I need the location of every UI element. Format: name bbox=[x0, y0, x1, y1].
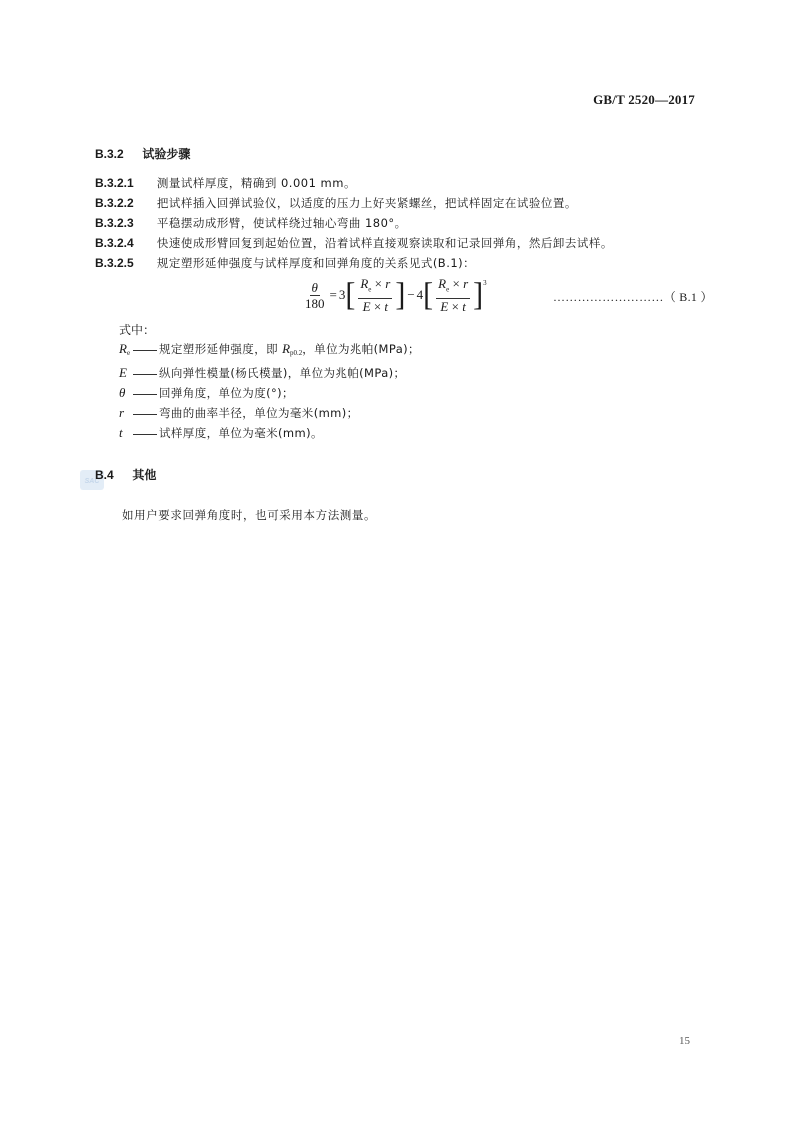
definition-text: 试样厚度，单位为毫米(mm)。 bbox=[159, 426, 323, 440]
em-dash bbox=[133, 374, 157, 375]
equals-sign: = bbox=[330, 287, 337, 303]
right-bracket: ] bbox=[395, 279, 405, 312]
inner-fraction-1: Re × r E × t bbox=[358, 276, 392, 314]
ref-subscript: p0.2 bbox=[290, 349, 302, 357]
section-title: 试验步骤 bbox=[142, 147, 190, 161]
step-text: 平稳摆动成形臂，使试样绕过轴心弯曲 180°。 bbox=[157, 216, 407, 230]
em-dash bbox=[133, 414, 157, 415]
definition-list: Re规定塑形延伸强度，即 Rp0.2，单位为兆帕(MPa)； E纵向弹性模量(杨… bbox=[119, 339, 420, 443]
exponent: 3 bbox=[483, 279, 487, 287]
step-number: B.3.2.5 bbox=[95, 254, 153, 272]
definition-symbol: θ bbox=[119, 383, 133, 403]
definition-text: 纵向弹性模量(杨氏模量)，单位为兆帕(MPa)； bbox=[159, 366, 405, 380]
ref-symbol: R bbox=[282, 341, 290, 356]
definition-text: 回弹角度，单位为度(°)； bbox=[159, 386, 294, 400]
em-dash bbox=[133, 394, 157, 395]
page-number: 15 bbox=[679, 1035, 690, 1047]
right-bracket: ] bbox=[473, 279, 483, 312]
definition-item: θ回弹角度，单位为度(°)； bbox=[119, 383, 420, 403]
definition-symbol: Re bbox=[119, 339, 133, 363]
section-number: B.4 bbox=[95, 468, 129, 482]
definition-text: 弯曲的曲率半径，单位为毫米(mm)； bbox=[159, 406, 359, 420]
section-heading-b4: B.4 其他 bbox=[95, 466, 156, 483]
section-b4-paragraph: 如用户要求回弹角度时，也可采用本方法测量。 bbox=[122, 507, 376, 523]
step-number: B.3.2.1 bbox=[95, 174, 153, 192]
inner-denominator: E × t bbox=[361, 299, 390, 314]
where-label: 式中： bbox=[119, 321, 155, 338]
step-text: 快速使成形臂回复到起始位置，沿着试样直接观察读取和记录回弹角，然后卸去试样。 bbox=[157, 236, 613, 250]
step-number: B.3.2.2 bbox=[95, 194, 153, 212]
definition-item: Re规定塑形延伸强度，即 Rp0.2，单位为兆帕(MPa)； bbox=[119, 339, 420, 363]
inner-numerator: Re × r bbox=[358, 276, 392, 299]
step-item: B.3.2.3 平稳摆动成形臂，使试样绕过轴心弯曲 180°。 bbox=[95, 214, 407, 232]
step-number: B.3.2.4 bbox=[95, 234, 153, 252]
inner-denominator: E × t bbox=[438, 299, 467, 314]
section-title: 其他 bbox=[132, 468, 156, 482]
definition-item: t试样厚度，单位为毫米(mm)。 bbox=[119, 423, 420, 443]
definition-item: E纵向弹性模量(杨氏模量)，单位为兆帕(MPa)； bbox=[119, 363, 420, 383]
definition-text: ，单位为兆帕(MPa)； bbox=[302, 342, 420, 356]
step-item: B.3.2.1 测量试样厚度，精确到 0.001 mm。 bbox=[95, 174, 356, 192]
lhs-denominator: 180 bbox=[303, 296, 327, 311]
formula-b1: θ 180 = 3 [ Re × r E × t ] − 4 [ Re × r … bbox=[300, 278, 487, 312]
step-number: B.3.2.3 bbox=[95, 214, 153, 232]
minus-sign: − bbox=[407, 287, 414, 303]
step-item: B.3.2.5 规定塑形延伸强度与试样厚度和回弹角度的关系见式(B.1)： bbox=[95, 254, 475, 272]
step-text: 把试样插入回弹试验仪，以适度的压力上好夹紧螺丝，把试样固定在试验位置。 bbox=[157, 196, 577, 210]
section-heading-b32: B.3.2 试验步骤 bbox=[95, 145, 190, 162]
definition-symbol: t bbox=[119, 423, 133, 443]
standard-code-text: GB/T 2520—2017 bbox=[593, 92, 695, 107]
lhs-fraction: θ 180 bbox=[303, 280, 327, 311]
section-number: B.3.2 bbox=[95, 147, 139, 161]
left-bracket: [ bbox=[423, 279, 433, 312]
definition-item: r弯曲的曲率半径，单位为毫米(mm)； bbox=[119, 403, 420, 423]
definition-text: 规定塑形延伸强度，即 bbox=[159, 342, 282, 356]
inner-fraction-2: Re × r E × t bbox=[436, 276, 470, 314]
em-dash bbox=[133, 434, 157, 435]
step-item: B.3.2.4 快速使成形臂回复到起始位置，沿着试样直接观察读取和记录回弹角，然… bbox=[95, 234, 613, 252]
definition-symbol: E bbox=[119, 363, 133, 383]
equation-label: ………………………（ B.1 ） bbox=[553, 288, 713, 305]
step-text: 规定塑形延伸强度与试样厚度和回弹角度的关系见式(B.1)： bbox=[157, 256, 475, 270]
step-item: B.3.2.2 把试样插入回弹试验仪，以适度的压力上好夹紧螺丝，把试样固定在试验… bbox=[95, 194, 577, 212]
page-header-standard-code: GB/T 2520—2017 bbox=[593, 92, 695, 108]
em-dash bbox=[133, 350, 157, 351]
step-text: 测量试样厚度，精确到 0.001 mm。 bbox=[157, 176, 356, 190]
lhs-numerator: θ bbox=[310, 280, 320, 296]
definition-symbol: r bbox=[119, 403, 133, 423]
left-bracket: [ bbox=[345, 279, 355, 312]
inner-numerator: Re × r bbox=[436, 276, 470, 299]
